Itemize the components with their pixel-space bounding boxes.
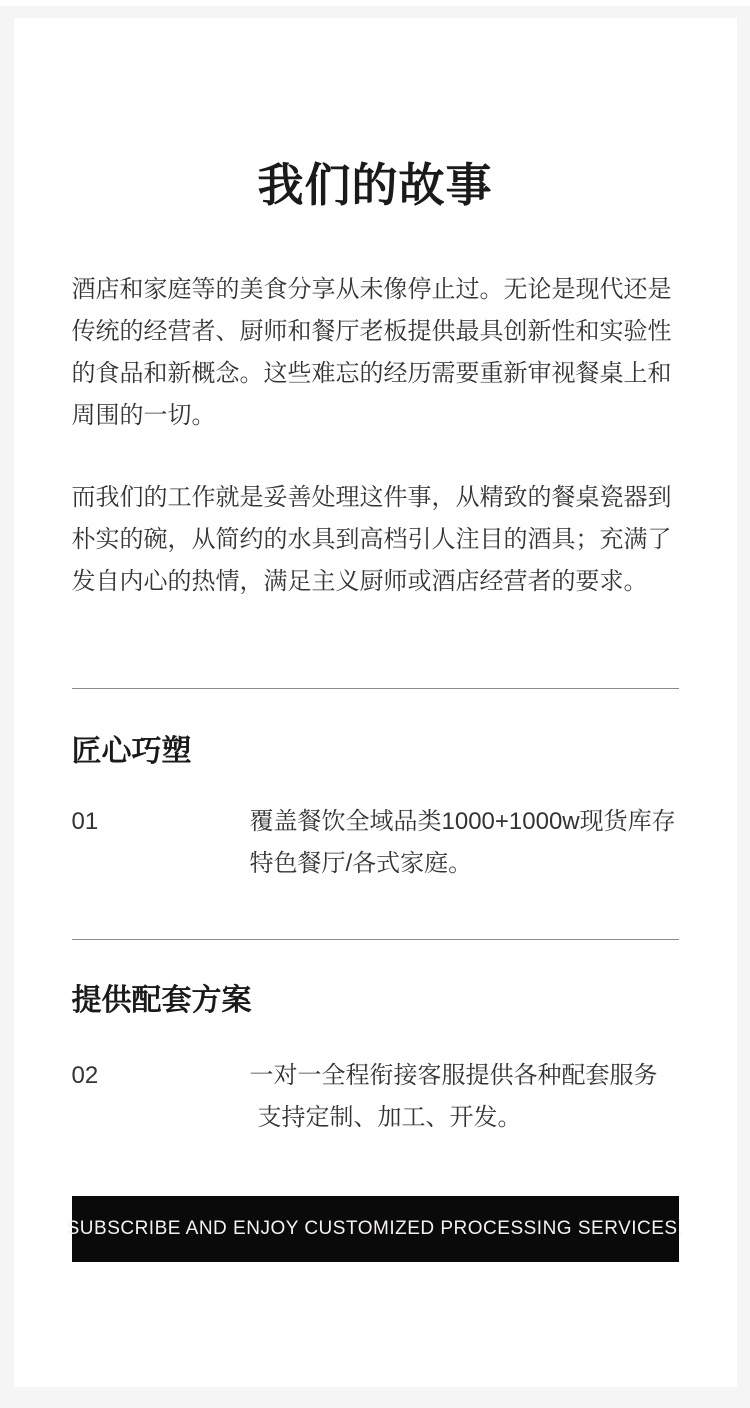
section-heading-2: 提供配套方案 — [72, 982, 679, 1020]
feature-description-line: 特色餐厅/各式家庭。 — [250, 843, 679, 885]
feature-description-line: 一对一全程衔接客服提供各种配套服务 — [250, 1055, 679, 1097]
feature-row-2: 02 一对一全程衔接客服提供各种配套服务 支持定制、加工、开发。 — [72, 1055, 679, 1139]
paragraph-line: 而我们的工作就是妥善处理这件事，从精致的餐桌瓷器到 — [72, 477, 679, 519]
feature-description-1: 覆盖餐饮全域品类1000+1000w现货库存 特色餐厅/各式家庭。 — [250, 801, 679, 885]
subscribe-banner-button[interactable]: SUBSCRIBE AND ENJOY CUSTOMIZED PROCESSIN… — [72, 1196, 679, 1262]
feature-number-1: 01 — [72, 801, 250, 843]
feature-number-2: 02 — [72, 1055, 250, 1097]
section-divider — [72, 939, 679, 940]
feature-description-line: 支持定制、加工、开发。 — [250, 1097, 679, 1139]
content-card: 我们的故事 酒店和家庭等的美食分享从未像停止过。无论是现代还是 传统的经营者、厨… — [14, 18, 737, 1387]
subscribe-banner-label: SUBSCRIBE AND ENJOY CUSTOMIZED PROCESSIN… — [67, 1218, 684, 1240]
section-divider — [72, 688, 679, 689]
story-paragraph-2: 而我们的工作就是妥善处理这件事，从精致的餐桌瓷器到 朴实的碗，从简约的水具到高档… — [72, 477, 679, 603]
paragraph-line: 发自内心的热情，满足主义厨师或酒店经营者的要求。 — [72, 561, 679, 603]
paragraph-line: 朴实的碗，从简约的水具到高档引人注目的酒具；充满了 — [72, 519, 679, 561]
paragraph-line: 传统的经营者、厨师和餐厅老板提供最具创新性和实验性 — [72, 311, 679, 353]
page-title: 我们的故事 — [72, 159, 679, 211]
feature-description-line: 覆盖餐饮全域品类1000+1000w现货库存 — [250, 801, 679, 843]
top-white-strip — [0, 0, 750, 6]
feature-description-2: 一对一全程衔接客服提供各种配套服务 支持定制、加工、开发。 — [250, 1055, 679, 1139]
paragraph-line: 的食品和新概念。这些难忘的经历需要重新审视餐桌上和 — [72, 353, 679, 395]
feature-row-1: 01 覆盖餐饮全域品类1000+1000w现货库存 特色餐厅/各式家庭。 — [72, 801, 679, 885]
paragraph-line: 周围的一切。 — [72, 395, 679, 437]
story-paragraph-1: 酒店和家庭等的美食分享从未像停止过。无论是现代还是 传统的经营者、厨师和餐厅老板… — [72, 269, 679, 437]
paragraph-line: 酒店和家庭等的美食分享从未像停止过。无论是现代还是 — [72, 269, 679, 311]
section-heading-1: 匠心巧塑 — [72, 733, 679, 771]
